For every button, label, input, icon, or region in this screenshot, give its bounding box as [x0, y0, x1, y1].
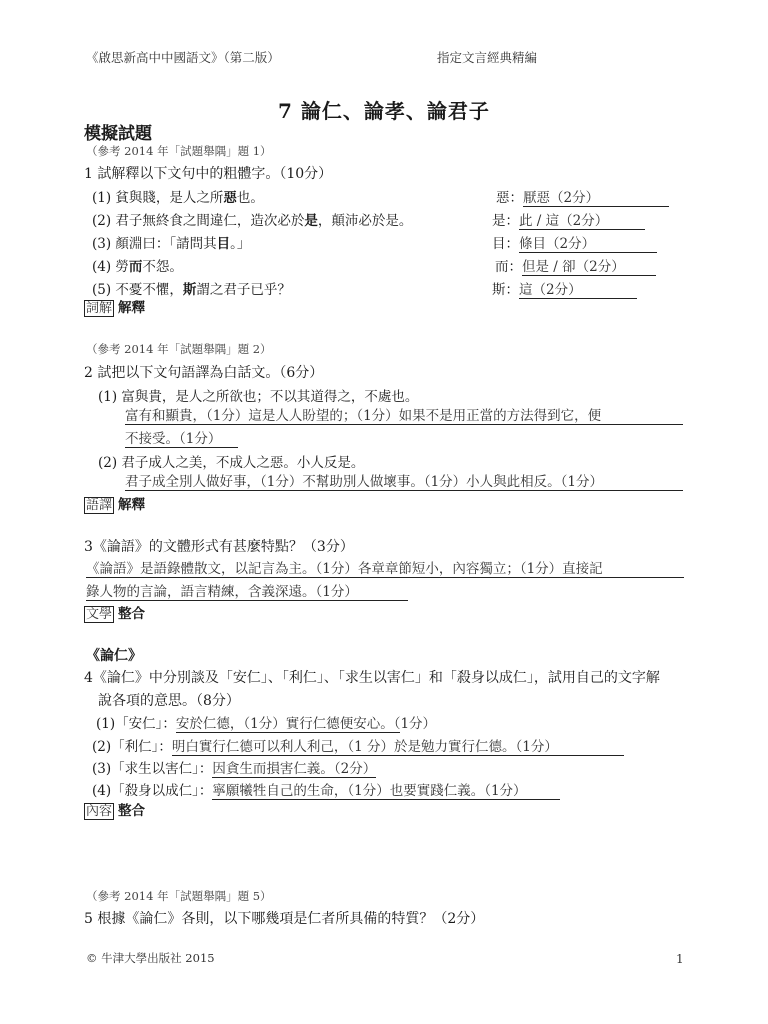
q2-answer-2: 君子成全別人做好事，（1分）不幫助別人做壞事。（1分）小人與此相反。（1分） [125, 471, 683, 491]
answer-text: 安於仁德，（1分）實行仁德便安心。（1分） [176, 716, 400, 733]
q5-reference: （參考 2014 年「試題舉隅」題 5） [86, 888, 272, 904]
answer-key: 是： [492, 213, 519, 229]
answer-key: 惡： [496, 190, 523, 206]
q3-tag-row: 文學整合 [84, 602, 145, 623]
item-text: 也。 [237, 190, 264, 206]
q2-answer-1-cont: 不接受。（1分） [125, 428, 238, 448]
item-text: 勞 [111, 259, 129, 275]
answer-line: 錄人物的言論，語言精練，含義深遠。（1分） [86, 584, 408, 601]
answer-text: 因貪生而損害仁義。（2分） [212, 761, 376, 778]
q4-tag-row: 內容整合 [84, 799, 145, 820]
item-text: 君子無終食之間違仁，造次必於 [111, 213, 304, 229]
bold-word: 惡 [223, 190, 237, 206]
answer-line: 富有和顯貴，（1分）這是人人盼望的；（1分）如果不是用正當的方法得到它，便 [125, 408, 683, 425]
item-label: (1)「安仁」： [96, 716, 176, 732]
q4-item-1: (1)「安仁」：安於仁德，（1分）實行仁德便安心。（1分） [96, 712, 400, 733]
q4-prompt: 4《論仁》中分別談及「安仁」、「利仁」、「求生以害仁」和「殺身以成仁」，試用自己… [84, 667, 660, 687]
item-label: (4)「殺身以成仁」： [92, 783, 212, 799]
answer-key: 斯： [492, 282, 519, 298]
answer-text: 此 / 這（2分） [519, 213, 645, 230]
bold-word: 而 [129, 259, 143, 275]
q3-answer: 《論語》是語錄體散文，以記言為主。（1分）各章章節短小，內容獨立；（1分）直接記 [86, 558, 684, 578]
item-number: (1) [92, 190, 111, 206]
lunren-heading: 《論仁》 [86, 645, 142, 665]
answer-text: 寧願犧牲自己的生命，（1分）也要實踐仁義。（1分） [212, 783, 560, 800]
category-label: 整合 [118, 606, 145, 622]
q1-item-4: (4) 勞而不怨。 [92, 255, 183, 275]
q5-prompt: 5 根據《論仁》各則，以下哪幾項是仁者所具備的特質？（2分） [84, 908, 484, 928]
q2-reference: （參考 2014 年「試題舉隅」題 2） [86, 341, 272, 357]
section-title: 模擬試題 [84, 119, 152, 144]
q2-sentence-1: (1) 富與貴，是人之所欲也；不以其道得之，不處也。 [98, 385, 418, 405]
category-label: 解釋 [118, 300, 145, 316]
q3-prompt: 3《論語》的文體形式有甚麼特點？（3分） [84, 536, 354, 556]
item-label: (3)「求生以害仁」： [92, 761, 212, 777]
answer-text: 明白實行仁德可以利人利己，（1 分）於是勉力實行仁德。（1分） [172, 739, 624, 756]
q1-answer-3: 目：條目（2分） [492, 232, 657, 253]
answer-text: 這（2分） [519, 282, 637, 299]
answer-key: 目： [492, 236, 519, 252]
q4-item-3: (3)「求生以害仁」：因貪生而損害仁義。（2分） [92, 757, 376, 778]
bold-word: 目 [217, 236, 231, 252]
q4-item-4: (4)「殺身以成仁」：寧願犧牲自己的生命，（1分）也要實踐仁義。（1分） [92, 779, 560, 800]
book-title: 《啟思新高中中國語文》（第二版） [86, 48, 280, 66]
q2-sentence-2: (2) 君子成人之美，不成人之惡。小人反是。 [98, 451, 364, 471]
q1-prompt: 1 試解釋以下文句中的粗體字。（10分） [84, 163, 332, 183]
q1-answer-1: 惡：厭惡（2分） [496, 186, 669, 207]
q1-answer-5: 斯：這（2分） [492, 278, 637, 299]
q2-prompt: 2 試把以下文句語譯為白話文。（6分） [84, 362, 323, 382]
item-text: 貧與賤，是人之所 [111, 190, 223, 206]
category-tag: 詞解 [84, 300, 114, 317]
q2-tag-row: 語譯解釋 [84, 493, 145, 514]
category-label: 解釋 [118, 497, 145, 513]
category-label: 整合 [118, 803, 145, 819]
q4-item-2: (2)「利仁」：明白實行仁德可以利人利己，（1 分）於是勉力實行仁德。（1分） [92, 735, 624, 756]
answer-key: 而： [495, 259, 522, 275]
q1-item-3: (3) 顏淵曰：「請問其目。」 [92, 232, 250, 252]
answer-text: 厭惡（2分） [523, 190, 669, 207]
item-number: (4) [92, 259, 111, 275]
q2-answer-1: 富有和顯貴，（1分）這是人人盼望的；（1分）如果不是用正當的方法得到它，便 [125, 405, 683, 425]
category-tag: 語譯 [84, 497, 114, 514]
answer-line: 不接受。（1分） [125, 431, 238, 448]
q1-reference: （參考 2014 年「試題舉隅」題 1） [86, 143, 272, 159]
item-text: 謂之君子已乎？ [196, 282, 291, 298]
category-tag: 文學 [84, 606, 114, 623]
header-section: 指定文言經典精編 [437, 48, 537, 66]
answer-text: 條目（2分） [519, 236, 657, 253]
bold-word: 是 [304, 213, 318, 229]
q1-item-5: (5) 不憂不懼，斯謂之君子已乎？ [92, 278, 291, 298]
q1-answer-4: 而：但是 / 卻（2分） [495, 255, 656, 276]
item-text: 不怨。 [142, 259, 183, 275]
answer-line: 君子成全別人做好事，（1分）不幫助別人做壞事。（1分）小人與此相反。（1分） [125, 474, 683, 491]
category-tag: 內容 [84, 803, 114, 820]
item-text: ，顛沛必於是。 [318, 213, 413, 229]
bold-word: 斯 [183, 282, 197, 298]
item-text: 。」 [230, 236, 250, 252]
copyright: © 牛津大學出版社 2015 [86, 950, 215, 966]
item-number: (2) [92, 213, 111, 229]
item-number: (3) [92, 236, 111, 252]
q1-item-1: (1) 貧與賤，是人之所惡也。 [92, 186, 264, 206]
answer-text: 但是 / 卻（2分） [522, 259, 656, 276]
answer-line: 《論語》是語錄體散文，以記言為主。（1分）各章章節短小，內容獨立；（1分）直接記 [86, 561, 684, 578]
item-label: (2)「利仁」： [92, 739, 172, 755]
q1-tag-row: 詞解解釋 [84, 296, 145, 317]
q1-answer-2: 是：此 / 這（2分） [492, 209, 645, 230]
q1-item-2: (2) 君子無終食之間違仁，造次必於是，顛沛必於是。 [92, 209, 412, 229]
q3-answer-cont: 錄人物的言論，語言精練，含義深遠。（1分） [86, 581, 408, 601]
item-text: 顏淵曰：「請問其 [111, 236, 217, 252]
q4-prompt-cont: 說各項的意思。（8分） [98, 690, 240, 710]
page-number: 1 [676, 952, 684, 966]
